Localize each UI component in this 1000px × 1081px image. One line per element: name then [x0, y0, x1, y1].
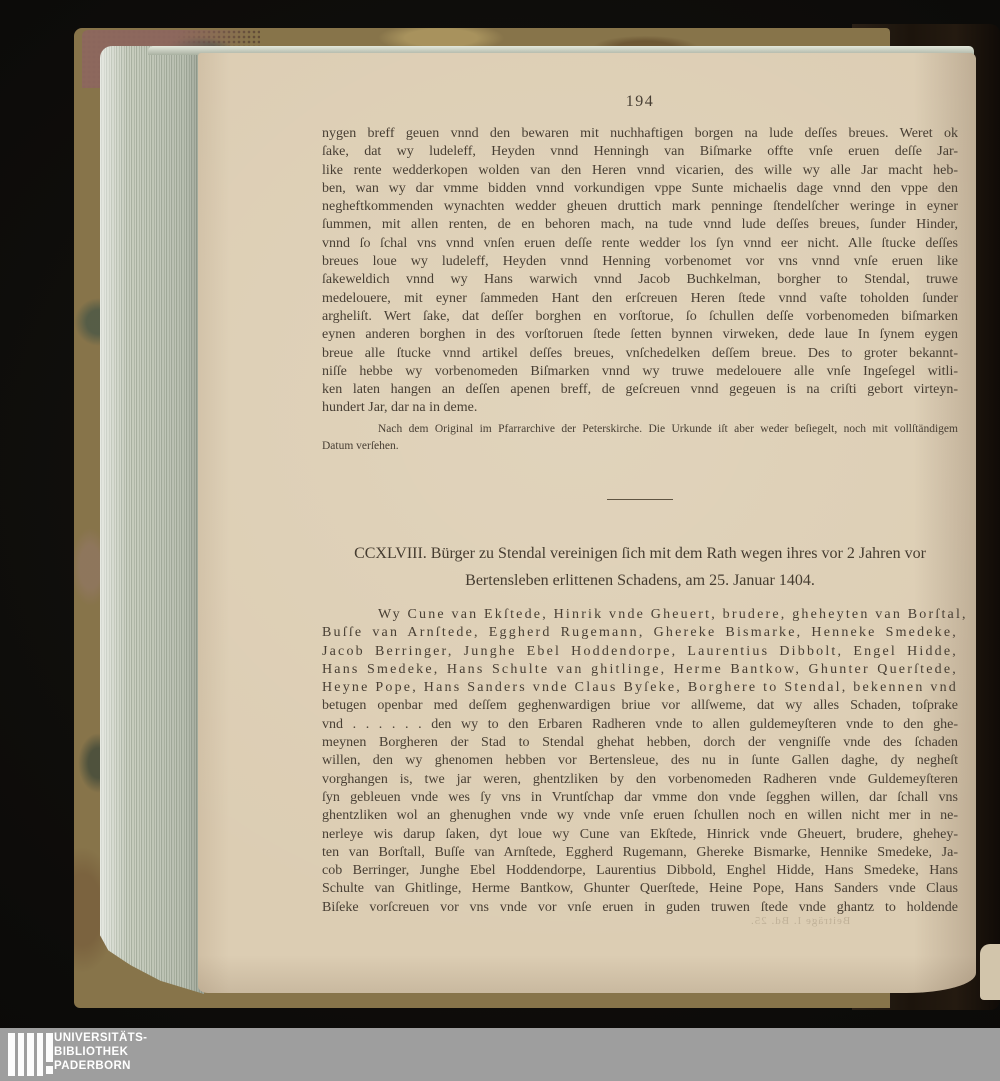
text-line: nerleye wis darup ſaken, dyt loue wy Cun… [322, 826, 958, 844]
page-edge-stack [100, 46, 204, 994]
text-line: Hans Smedeke, Hans Schulte van ghitlinge… [322, 661, 958, 679]
scanned-book-photograph: 194 nygen breff geuen vnnd den bewaren m… [0, 0, 1000, 1081]
text-line: betugen openbar med deſſem geghenwardige… [322, 697, 958, 715]
text-line: breue alle ſtucke vnnd artikel deſſes br… [322, 345, 958, 363]
text-line: ſyn gebleuen vnde wes ſy vns in Vruntſch… [322, 789, 958, 807]
text-line: niſſe hebbe wy vorbenomeden Biſmarken vn… [322, 363, 958, 381]
text-line: vnnd ſo ſchal vns vnnd vnſen eruen deſſe… [322, 235, 958, 253]
text-line: Nach dem Original im Pfarrarchive der Pe… [322, 421, 958, 438]
text-line: Buſſe van Arnſtede, Eggherd Rugemann, Gh… [322, 624, 958, 642]
text-line: ben, wan wy dar vmme bidden vnnd vorkund… [322, 180, 958, 198]
logo-exclamation [46, 1033, 53, 1076]
text-line: Datum verſehen. [322, 438, 958, 455]
next-page-sliver [980, 944, 1000, 1000]
text-line: PADERBORN [54, 1060, 147, 1074]
logo-bar [46, 1033, 53, 1062]
text-line: Heyne Pope, Hans Sanders vnde Claus Byſe… [322, 679, 958, 697]
text-line: vorghangen is, twe jar weren, ghentzlike… [322, 771, 958, 789]
text-line: ſummen, mit allen renten, de en behoren … [322, 216, 958, 234]
divider-line [607, 499, 673, 500]
logo-bar [37, 1033, 44, 1076]
text-line: eynen anderen borghen in des vorſtoruen … [322, 326, 958, 344]
page-number: 194 [322, 93, 958, 111]
text-line: meynen Borgheren der Stad to Stendal ghe… [322, 734, 958, 752]
text-line: willen, den wy ghenomen hebben vor Berte… [322, 752, 958, 770]
show-through-text: Beiträge I. Bd. 25. [750, 915, 850, 927]
book-page: 194 nygen breff geuen vnnd den bewaren m… [198, 53, 976, 993]
text-line: ſakeweldich vnnd wy Hans warwich vnnd Ja… [322, 271, 958, 289]
library-name: UNIVERSITÄTS-BIBLIOTHEKPADERBORN [54, 1032, 147, 1073]
logo-bar [18, 1033, 25, 1076]
text-line: hundert Jar, dar na in deme. [322, 399, 958, 417]
text-line: CCXLVIII. Bürger zu Stendal vereinigen ſ… [322, 540, 958, 567]
text-line: cob Berringer, Junghe Ebel Hoddendorpe, … [322, 862, 958, 880]
text-line: Biſeke vorſcreuen vor vns vnde vor vnſe … [322, 899, 958, 917]
text-line: BIBLIOTHEK [54, 1046, 147, 1060]
text-line: ghentzliken wol an ghenughen vnde wy vnd… [322, 807, 958, 825]
library-footer-bar: UNIVERSITÄTS-BIBLIOTHEKPADERBORN [0, 1028, 1000, 1081]
text-line: Wy Cune van Ekſtede, Hinrik vnde Gheuert… [322, 606, 958, 624]
text-line: ten van Borſtall, Buſſe van Arnſtede, Eg… [322, 844, 958, 862]
section-divider-rule [322, 499, 958, 500]
text-line: ſake, dat wy ludeleff, Heyden vnnd Henni… [322, 143, 958, 161]
text-line: UNIVERSITÄTS- [54, 1032, 147, 1046]
charter-text-paragraph-1: nygen breff geuen vnnd den bewaren mit n… [322, 125, 958, 418]
logo-dot [46, 1066, 53, 1074]
text-line: nygen breff geuen vnnd den bewaren mit n… [322, 125, 958, 143]
text-line: vnd . . . . . . den wy to den Erbaren Ra… [322, 716, 958, 734]
text-line: ken laten hangen an deſſen apenen breff,… [322, 381, 958, 399]
text-line: negheftkommenden wynachten wedder gheuen… [322, 198, 958, 216]
logo-bar [8, 1033, 15, 1076]
logo-bar [27, 1033, 34, 1076]
text-line: Bertensleben erlittenen Schadens, am 25.… [322, 567, 958, 594]
text-line: Jacob Berringer, Junghe Ebel Hoddendorpe… [322, 643, 958, 661]
text-line: medelouere, mit eyner ſammeden Hant den … [322, 290, 958, 308]
text-line: argheliſt. Wert ſake, dat deſſer borghen… [322, 308, 958, 326]
ub-paderborn-logo-icon [8, 1033, 53, 1076]
source-note: Nach dem Original im Pfarrarchive der Pe… [322, 421, 958, 454]
entry-heading: CCXLVIII. Bürger zu Stendal vereinigen ſ… [322, 540, 958, 594]
text-line: like rente wedderkopen wolden van den He… [322, 162, 958, 180]
text-line: breues loue wy ludeleff, Heyden vnnd Hen… [322, 253, 958, 271]
charter-text-paragraph-2: Wy Cune van Ekſtede, Hinrik vnde Gheuert… [322, 606, 958, 917]
text-line: Schulte van Ghitlinge, Herme Bantkow, Gh… [322, 880, 958, 898]
